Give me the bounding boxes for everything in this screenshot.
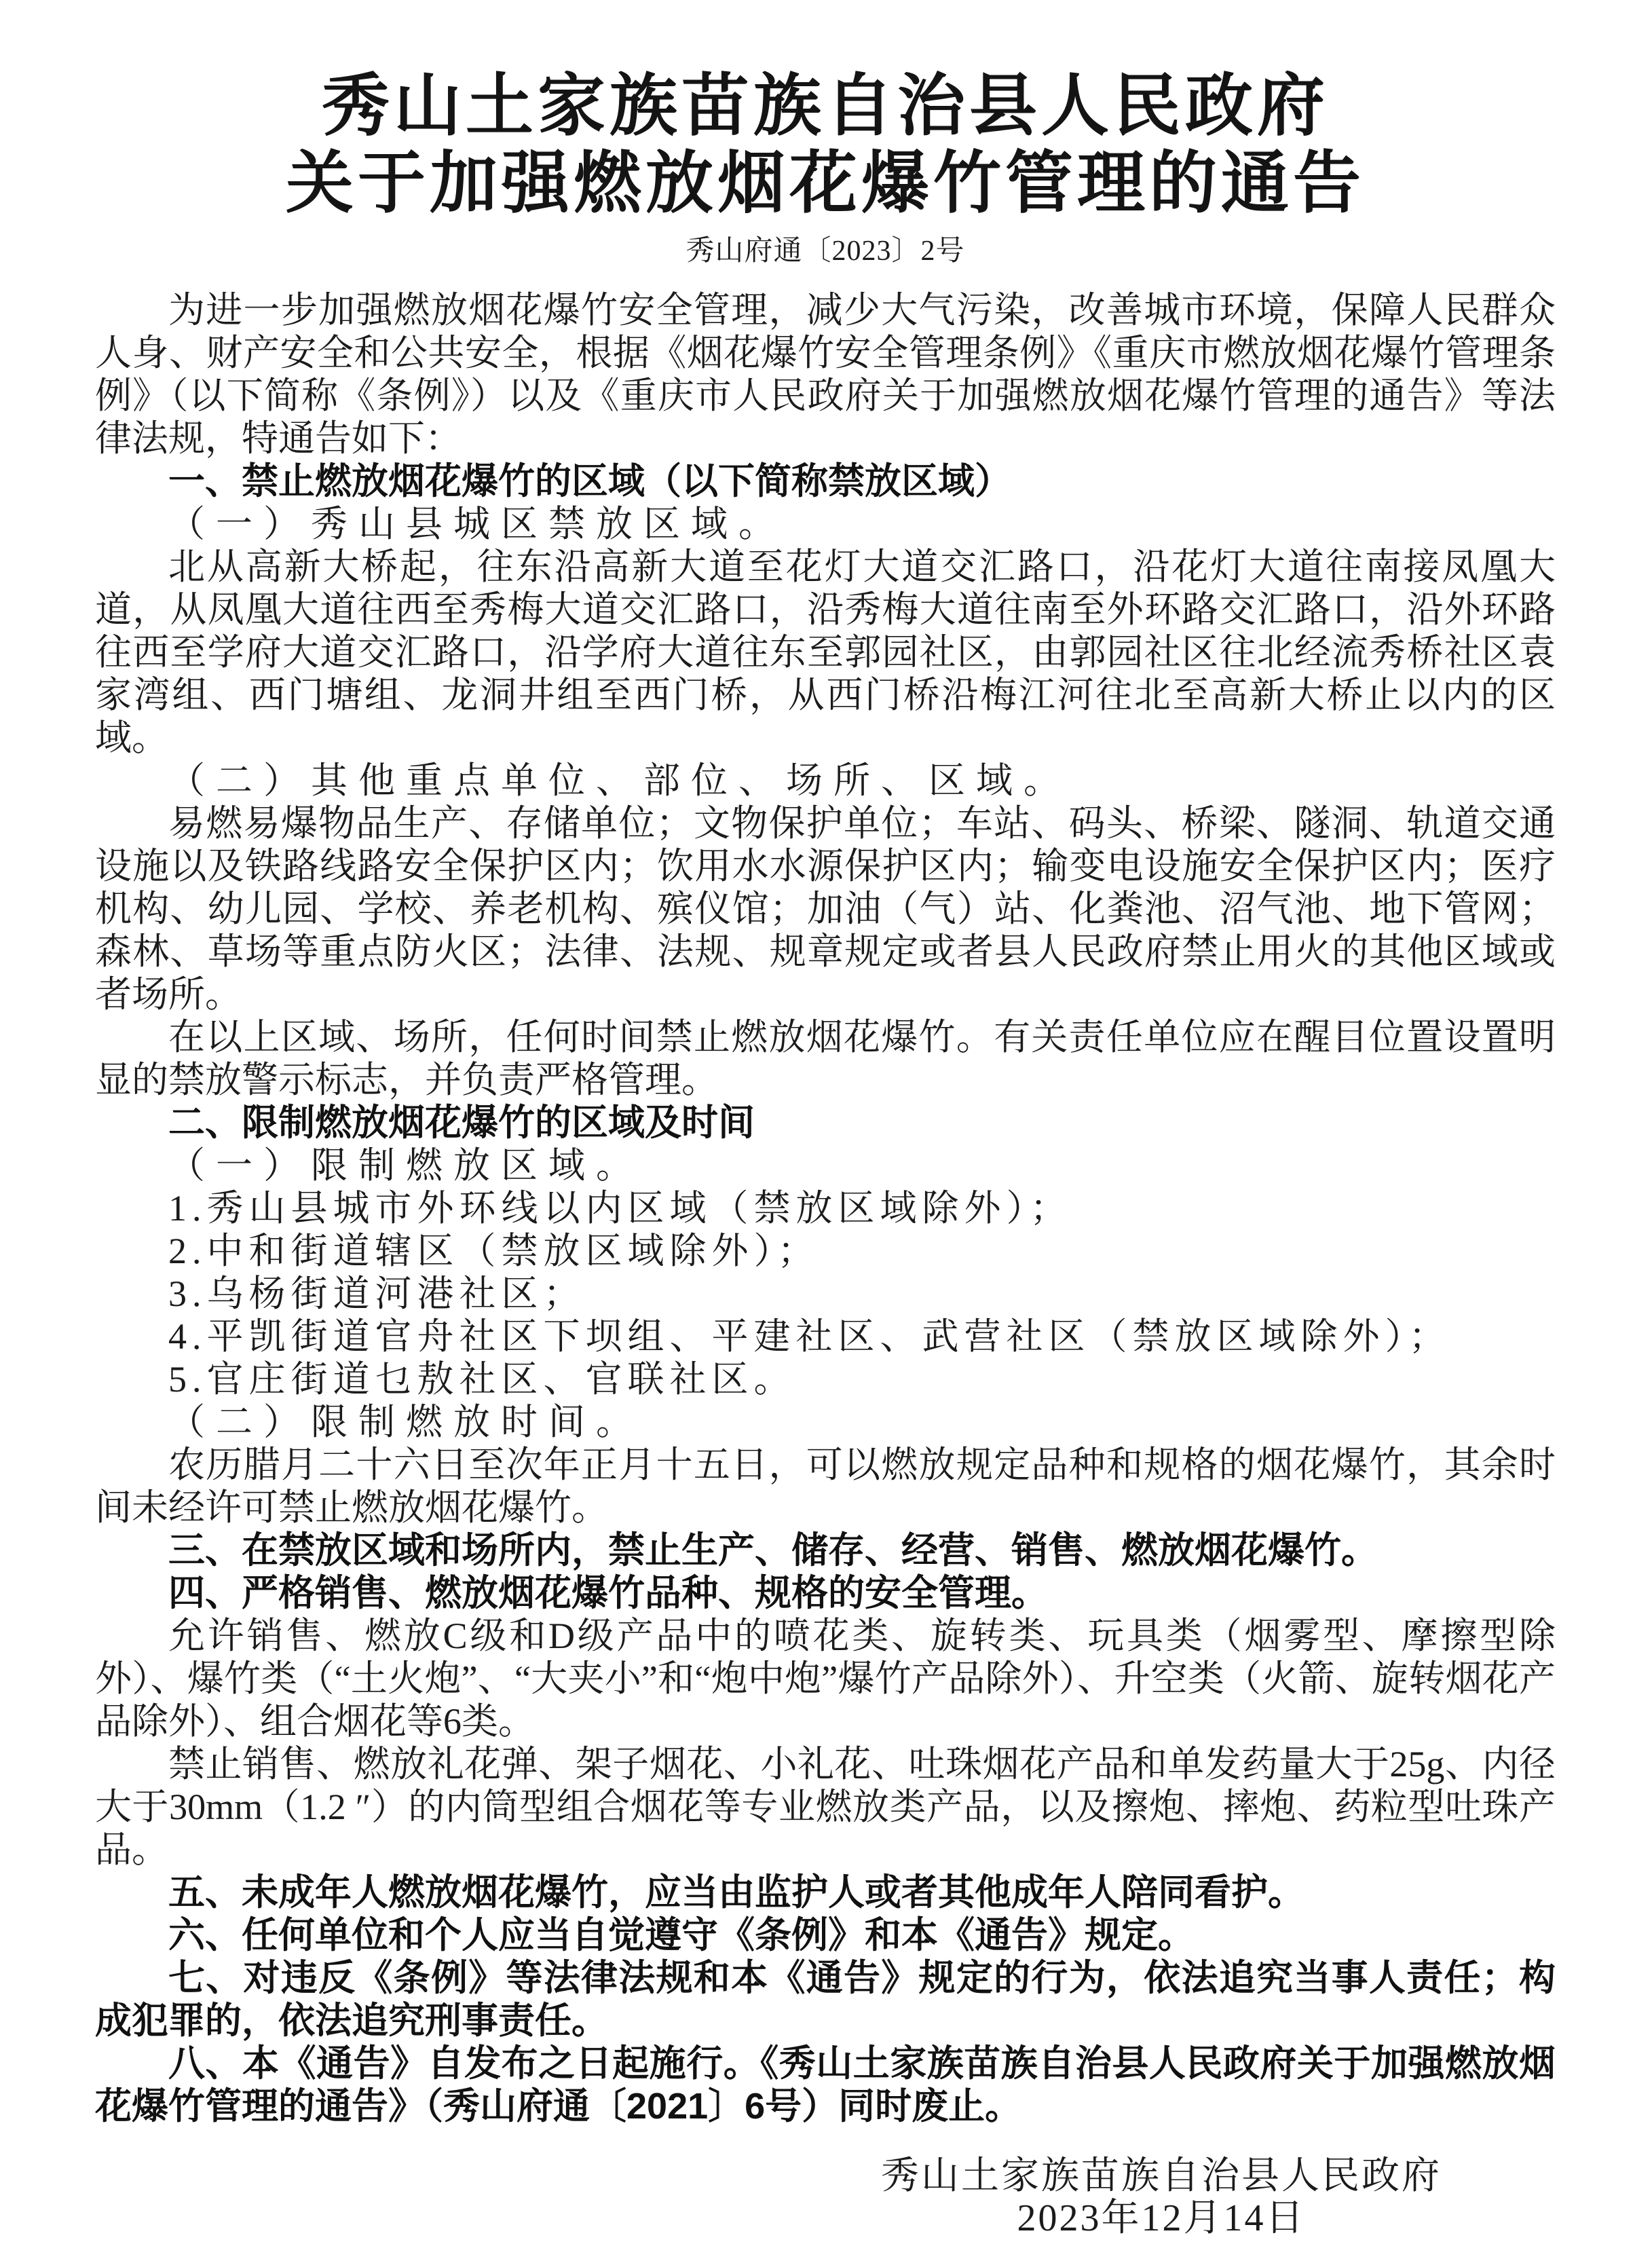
document-content: 秀山土家族苗族自治县人民政府 关于加强燃放烟花爆竹管理的通告 秀山府通〔2023… (0, 0, 1652, 2239)
restricted-time-paragraph: 农历腊月二十六日至次年正月十五日，可以燃放规定品种和规格的烟花爆竹，其余时间未经… (95, 1444, 1556, 1529)
restricted-area-item-2: 2.中和街道辖区（禁放区域除外）； (95, 1230, 1556, 1273)
sub-heading-1-1: （一）秀山县城区禁放区域。 (95, 503, 1556, 546)
banned-products-paragraph: 禁止销售、燃放礼花弹、架子烟花、小礼花、吐珠烟花产品和单发药量大于25g、内径大… (95, 1743, 1556, 1871)
intro-paragraph: 为进一步加强燃放烟花爆竹安全管理，减少大气污染，改善城市环境，保障人民群众人身、… (95, 289, 1556, 460)
section-4-heading: 四、严格销售、燃放烟花爆竹品种、规格的安全管理。 (95, 1572, 1556, 1615)
issue-date: 2023年12月14日 (881, 2197, 1442, 2239)
section-5-heading: 五、未成年人燃放烟花爆竹，应当由监护人或者其他成年人陪同看护。 (95, 1871, 1556, 1914)
restricted-area-item-5: 5.官庄街道乜敖社区、官联社区。 (95, 1358, 1556, 1401)
section-7-heading: 七、对违反《条例》等法律法规和本《通告》规定的行为，依法追究当事人责任；构成犯罪… (95, 1957, 1556, 2042)
title-line-1: 秀山土家族苗族自治县人民政府 (95, 68, 1556, 145)
restricted-area-item-4: 4.平凯街道官舟社区下坝组、平建社区、武营社区（禁放区域除外）； (95, 1315, 1556, 1358)
allowed-products-paragraph: 允许销售、燃放C级和D级产品中的喷花类、旋转类、玩具类（烟雾型、摩擦型除外）、爆… (95, 1615, 1556, 1743)
section-8-heading: 八、本《通告》自发布之日起施行。《秀山土家族苗族自治县人民政府关于加强燃放烟花爆… (95, 2042, 1556, 2128)
sub-heading-1-2: （二）其他重点单位、部位、场所、区域。 (95, 760, 1556, 802)
section-3-heading: 三、在禁放区域和场所内，禁止生产、储存、经营、销售、燃放烟花爆竹。 (95, 1529, 1556, 1572)
section-1-heading: 一、禁止燃放烟花爆竹的区域（以下简称禁放区域） (95, 460, 1556, 503)
document-page: 秀山土家族苗族自治县人民政府 关于加强燃放烟花爆竹管理的通告 秀山府通〔2023… (0, 0, 1652, 2242)
document-number: 秀山府通〔2023〕2号 (95, 235, 1556, 267)
restricted-area-item-3: 3.乌杨街道河港社区； (95, 1273, 1556, 1315)
sub-heading-2-1: （一）限制燃放区域。 (95, 1144, 1556, 1187)
sub-heading-2-2: （二）限制燃放时间。 (95, 1401, 1556, 1444)
section-6-heading: 六、任何单位和个人应当自觉遵守《条例》和本《通告》规定。 (95, 1914, 1556, 1957)
ban-area-paragraph: 北从高新大桥起，往东沿高新大道至花灯大道交汇路口，沿花灯大道往南接凤凰大道，从凤… (95, 546, 1556, 760)
key-sites-paragraph: 易燃易爆物品生产、存储单位；文物保护单位；车站、码头、桥梁、隧洞、轨道交通设施以… (95, 802, 1556, 1016)
document-title: 秀山土家族苗族自治县人民政府 关于加强燃放烟花爆竹管理的通告 (95, 68, 1556, 223)
restricted-area-item-1: 1.秀山县城市外环线以内区域（禁放区域除外）； (95, 1187, 1556, 1230)
document-body: 为进一步加强燃放烟花爆竹安全管理，减少大气污染，改善城市环境，保障人民群众人身、… (95, 289, 1556, 2128)
title-line-2: 关于加强燃放烟花爆竹管理的通告 (95, 145, 1556, 223)
section-2-heading: 二、限制燃放烟花爆竹的区域及时间 (95, 1102, 1556, 1144)
warning-signs-paragraph: 在以上区域、场所，任何时间禁止燃放烟花爆竹。有关责任单位应在醒目位置设置明显的禁… (95, 1016, 1556, 1102)
document-footer: 秀山土家族苗族自治县人民政府 2023年12月14日 (881, 2155, 1442, 2239)
issuer-signature: 秀山土家族苗族自治县人民政府 (881, 2155, 1442, 2197)
